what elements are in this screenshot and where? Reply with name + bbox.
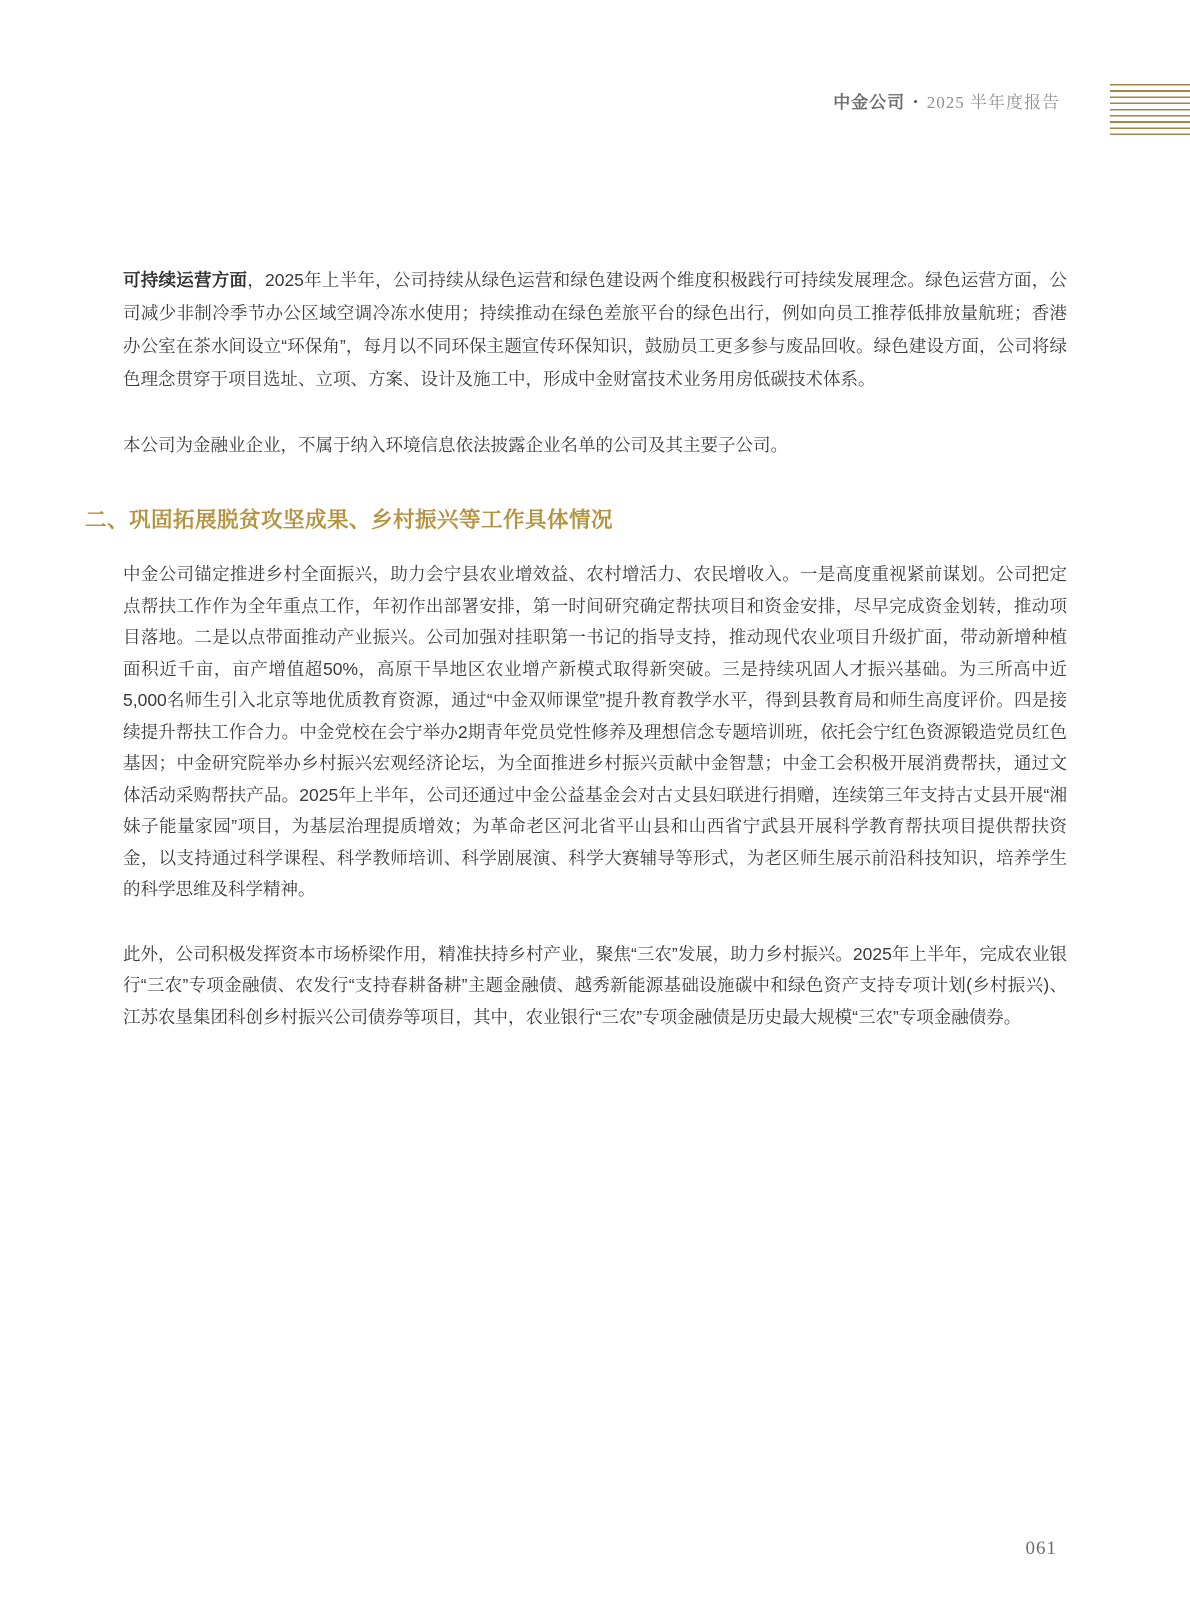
report-page: 中金公司•2025 半年度报告 可持续运营方面，2025年上半年，公司持续从绿色… <box>0 0 1190 1615</box>
running-header: 中金公司•2025 半年度报告 <box>833 88 1060 113</box>
section-heading-rural-revitalization: 二、巩固拓展脱贫攻坚成果、乡村振兴等工作具体情况 <box>85 505 1067 535</box>
paragraph-capital-market-bridge: 此外，公司积极发挥资本市场桥梁作用，精准扶持乡村产业，聚焦“三农”发展，助力乡村… <box>123 939 1067 1034</box>
report-title: 2025 半年度报告 <box>927 93 1060 112</box>
paragraph-sustainable-operations: 可持续运营方面，2025年上半年，公司持续从绿色运营和绿色建设两个维度积极践行可… <box>123 264 1067 396</box>
paragraph-rural-assistance: 中金公司锚定推进乡村全面振兴，助力会宁县农业增效益、农村增活力、农民增收入。一是… <box>123 559 1067 906</box>
header-bullet-separator: • <box>913 94 919 109</box>
page-content: 可持续运营方面，2025年上半年，公司持续从绿色运营和绿色建设两个维度积极践行可… <box>123 264 1067 1033</box>
company-name: 中金公司 <box>833 93 905 112</box>
gold-horizontal-lines-icon <box>1110 84 1190 138</box>
paragraph-lead-bold: 可持续运营方面 <box>123 270 247 290</box>
paragraph-financial-disclosure: 本公司为金融业企业，不属于纳入环境信息依法披露企业名单的公司及其主要子公司。 <box>123 429 1067 462</box>
paragraph-lead-rest: ，2025年上半年，公司持续从绿色运营和绿色建设两个维度积极践行可持续发展理念。… <box>123 270 1067 389</box>
page-number: 061 <box>1026 1538 1058 1560</box>
